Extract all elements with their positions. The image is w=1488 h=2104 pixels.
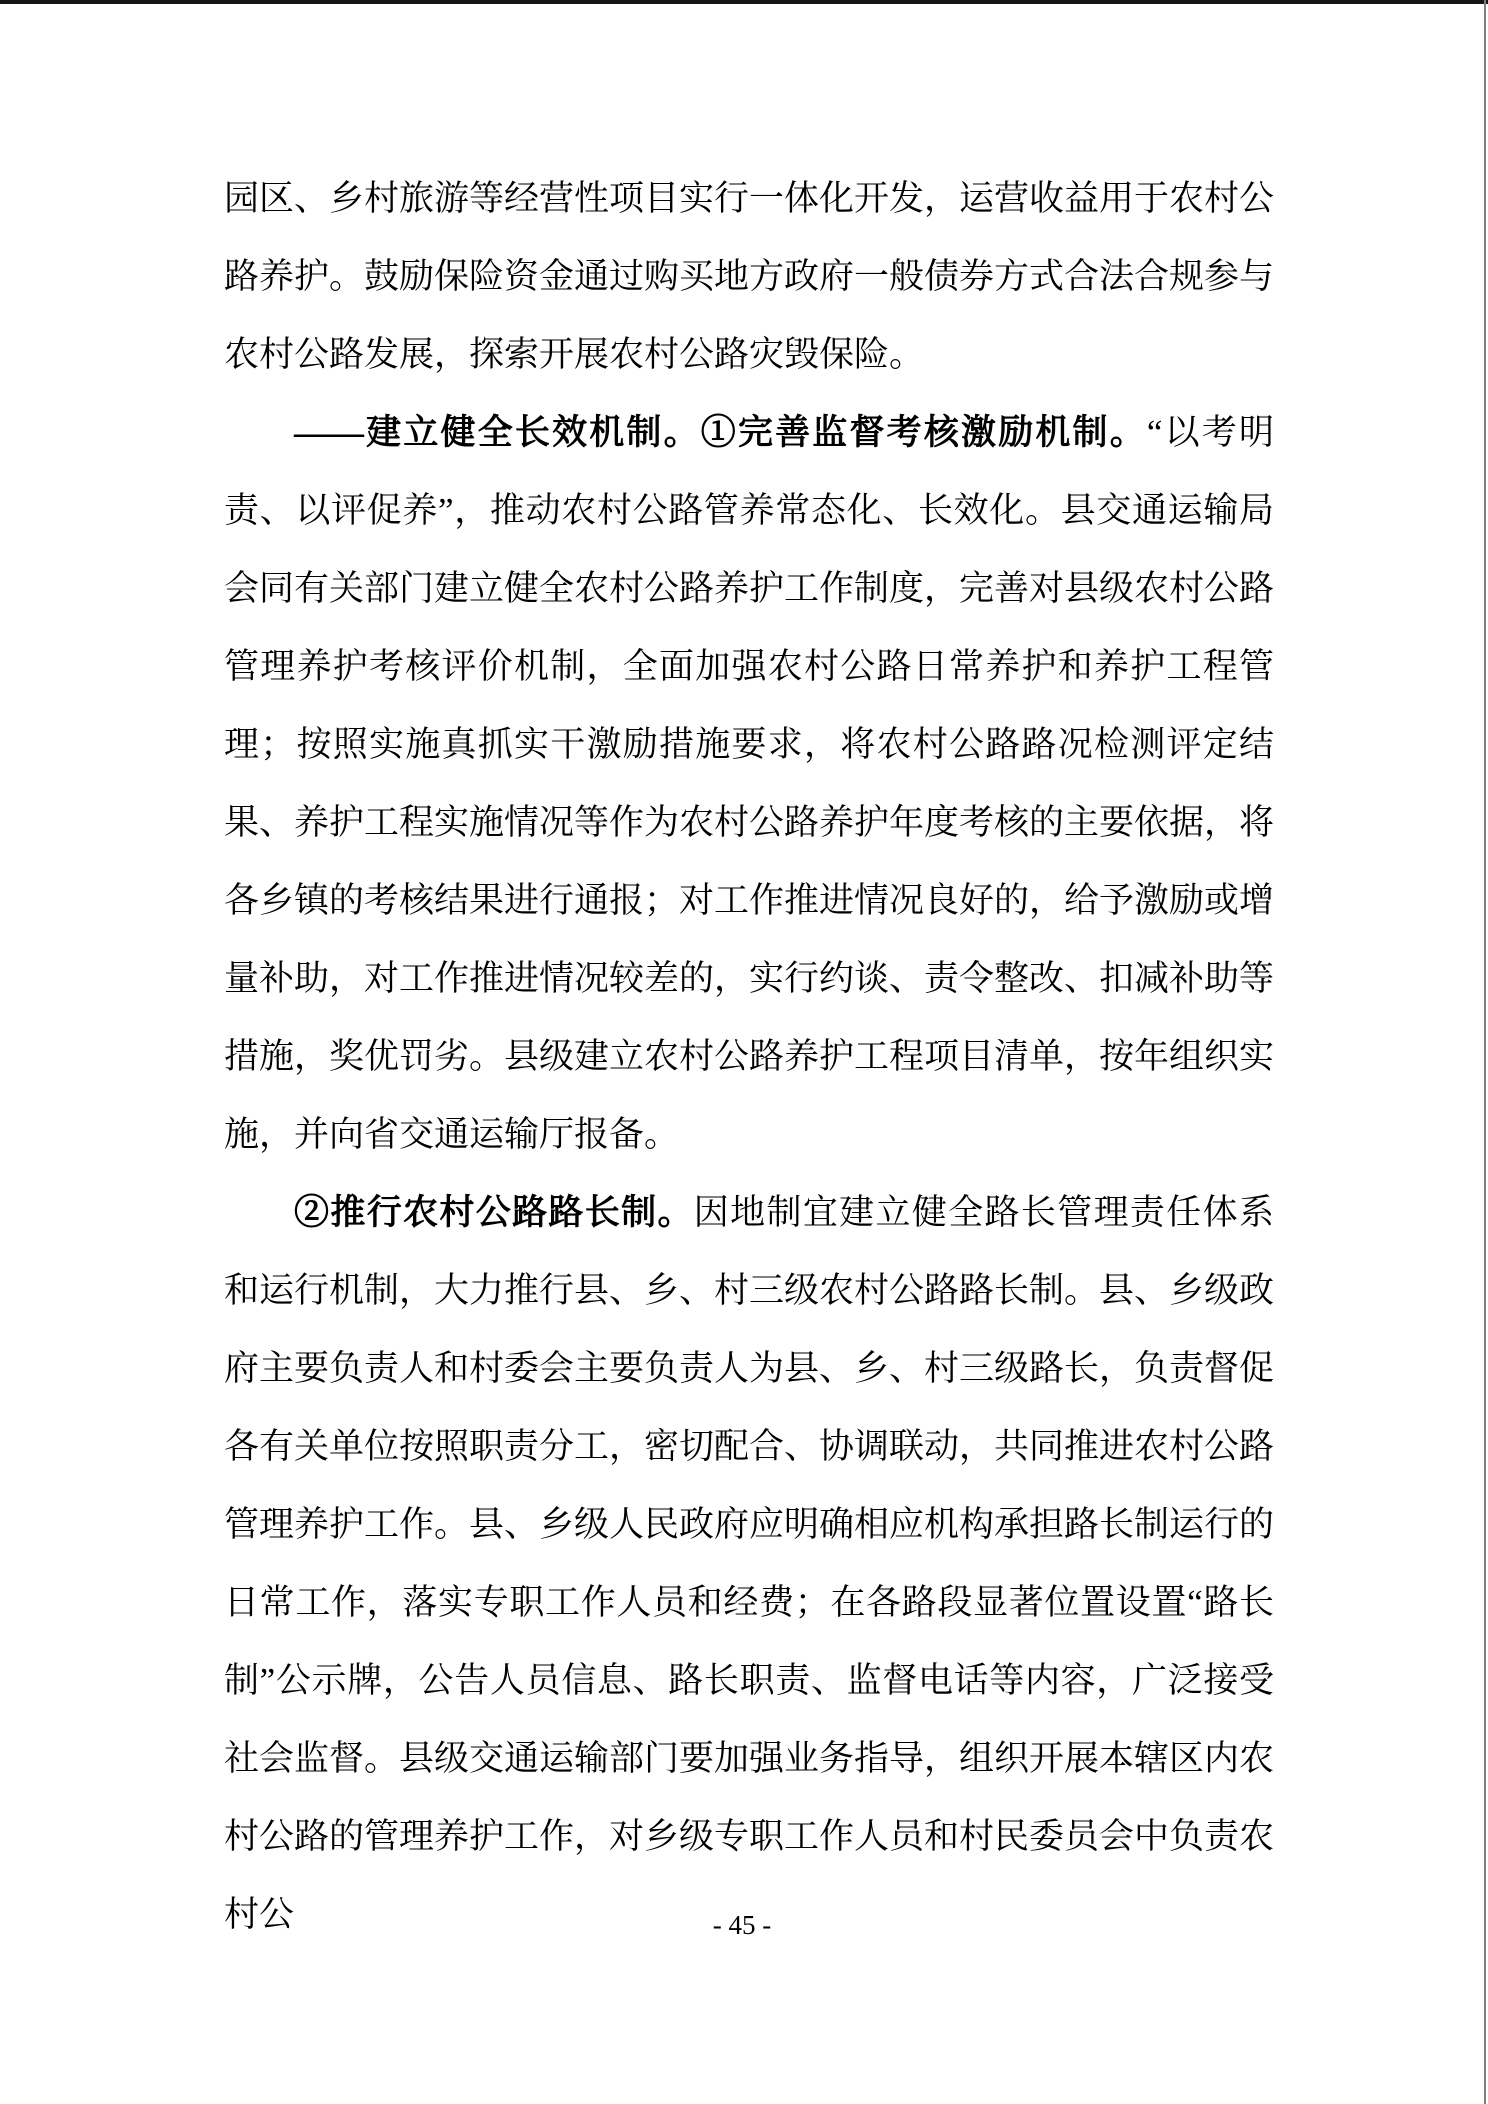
paragraph: ——建立健全长效机制。①完善监督考核激励机制。“以考明责、以评促养”，推动农村公…: [224, 394, 1274, 1174]
page-body: 园区、乡村旅游等经营性项目实行一体化开发，运营收益用于农村公路养护。鼓励保险资金…: [224, 160, 1274, 1954]
window-right-border: [1484, 0, 1486, 2104]
window-top-border: [0, 0, 1488, 4]
bold-text-segment: ——建立健全长效机制。①完善监督考核激励机制。: [294, 413, 1147, 452]
bold-text-segment: ②推行农村公路路长制。: [294, 1193, 694, 1232]
text-segment: 园区、乡村旅游等经营性项目实行一体化开发，运营收益用于农村公路养护。鼓励保险资金…: [224, 179, 1274, 374]
page-number: - 45 -: [0, 1905, 1484, 1945]
document-page: 园区、乡村旅游等经营性项目实行一体化开发，运营收益用于农村公路养护。鼓励保险资金…: [0, 0, 1488, 2104]
text-segment: “以考明责、以评促养”，推动农村公路管养常态化、长效化。县交通运输局会同有关部门…: [224, 413, 1274, 1154]
paragraph: ②推行农村公路路长制。因地制宜建立健全路长管理责任体系和运行机制，大力推行县、乡…: [224, 1174, 1274, 1954]
paragraph: 园区、乡村旅游等经营性项目实行一体化开发，运营收益用于农村公路养护。鼓励保险资金…: [224, 160, 1274, 394]
text-segment: 因地制宜建立健全路长管理责任体系和运行机制，大力推行县、乡、村三级农村公路路长制…: [224, 1193, 1274, 1934]
